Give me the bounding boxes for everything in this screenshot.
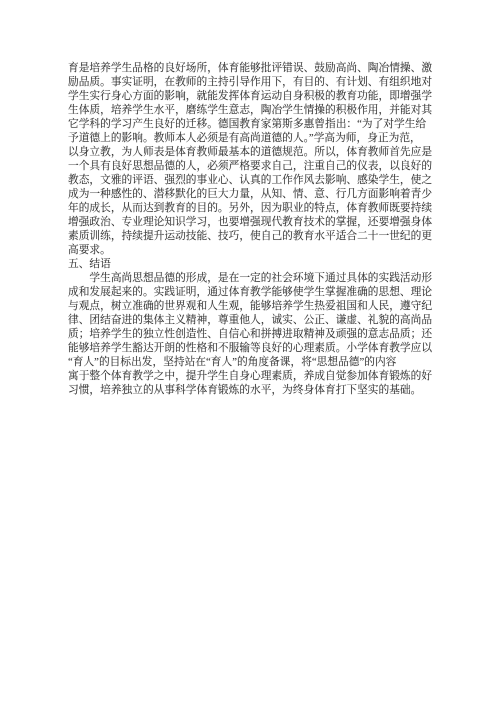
text-line: 教态，文雅的评语、强烈的事业心、认真的工作作风去影响、感染学生，使之 [68, 173, 434, 187]
text-line: 素质训练，持续提升运动技能、技巧，使自己的教育水平适合二十一世纪的更 [68, 229, 434, 243]
text-line: 寓于整个体育教学之中，提升学生自身心理素质，养成自觉参加体育锻炼的好 [68, 369, 434, 383]
paragraph-teacher-ethics: 育是培养学生品格的良好场所，体育能够批评错误、鼓励高尚、陶冶情操、激励品质。事实… [68, 61, 434, 257]
text-line: 学生高尚思想品德的形成，是在一定的社会环境下通过具体的实践活动形 [68, 271, 434, 285]
text-line: 学生实行身心方面的影响，就能发挥体育运动自身积极的教育功能，即增强学 [68, 89, 434, 103]
text-line: 它学科的学习产生良好的迁移。德国教育家第斯多惠曾指出：“为了对学生给 [68, 117, 434, 131]
text-line: 增强政治、专业理论知识学习，也要增强现代教育技术的掌握，还要增强身体 [68, 215, 434, 229]
text-line: 以身立教，为人师表是体育教师最基本的道德规范。所以，体育教师首先应是 [68, 145, 434, 159]
text-line: 一个具有良好思想品德的人，必须严格要求自己，注重自己的仪表，以良好的 [68, 159, 434, 173]
text-line: 励品质。事实证明，在教师的主持引导作用下，有目的、有计划、有组织地对 [68, 75, 434, 89]
text-line: 生体质，培养学生水平，磨练学生意志，陶冶学生情操的积极作用，并能对其 [68, 103, 434, 117]
section-heading-conclusion: 五、结语 [68, 257, 434, 271]
text-line: 予道德上的影响。教师本人必须是有高尚道德的人。”学高为师，身正为范， [68, 131, 434, 145]
text-line: 育是培养学生品格的良好场所，体育能够批评错误、鼓励高尚、陶冶情操、激 [68, 61, 434, 75]
paragraph-conclusion: 学生高尚思想品德的形成，是在一定的社会环境下通过具体的实践活动形成和发展起来的。… [68, 271, 434, 397]
text-line: 习惯，培养独立的从事科学体育锻炼的水平，为终身体育打下坚实的基础。 [68, 383, 434, 397]
text-line: 质；培养学生的独立性创造性、自信心和拼搏进取精神及顽强的意志品质；还 [68, 327, 434, 341]
text-line: 与观点，树立准确的世界观和人生观，能够培养学生热爱祖国和人民，遵守纪 [68, 299, 434, 313]
text-line: 高要求。 [68, 243, 434, 257]
text-line: “育人”的目标出发，坚持站在“育人”的角度备课，将“思想品德”的内容 [68, 355, 434, 369]
document-text-block: 育是培养学生品格的良好场所，体育能够批评错误、鼓励高尚、陶冶情操、激励品质。事实… [68, 61, 434, 397]
text-line: 律、团结奋进的集体主义精神，尊重他人，诚实、公正、谦虚、礼貌的高尚品 [68, 313, 434, 327]
text-line: 成和发展起来的。实践证明，通过体育教学能够使学生掌握准确的思想、理论 [68, 285, 434, 299]
document-page: 育是培养学生品格的良好场所，体育能够批评错误、鼓励高尚、陶冶情操、激励品质。事实… [0, 0, 500, 708]
text-line: 成为一种感性的、潜移默化的巨大力量，从知、情、意、行几方面影响着青少 [68, 187, 434, 201]
text-line: 能够培养学生豁达开朗的性格和不服输等良好的心理素质。小学体育教学应以 [68, 341, 434, 355]
text-line: 年的成长，从而达到教育的目的。另外，因为职业的特点，体育教师既要持续 [68, 201, 434, 215]
